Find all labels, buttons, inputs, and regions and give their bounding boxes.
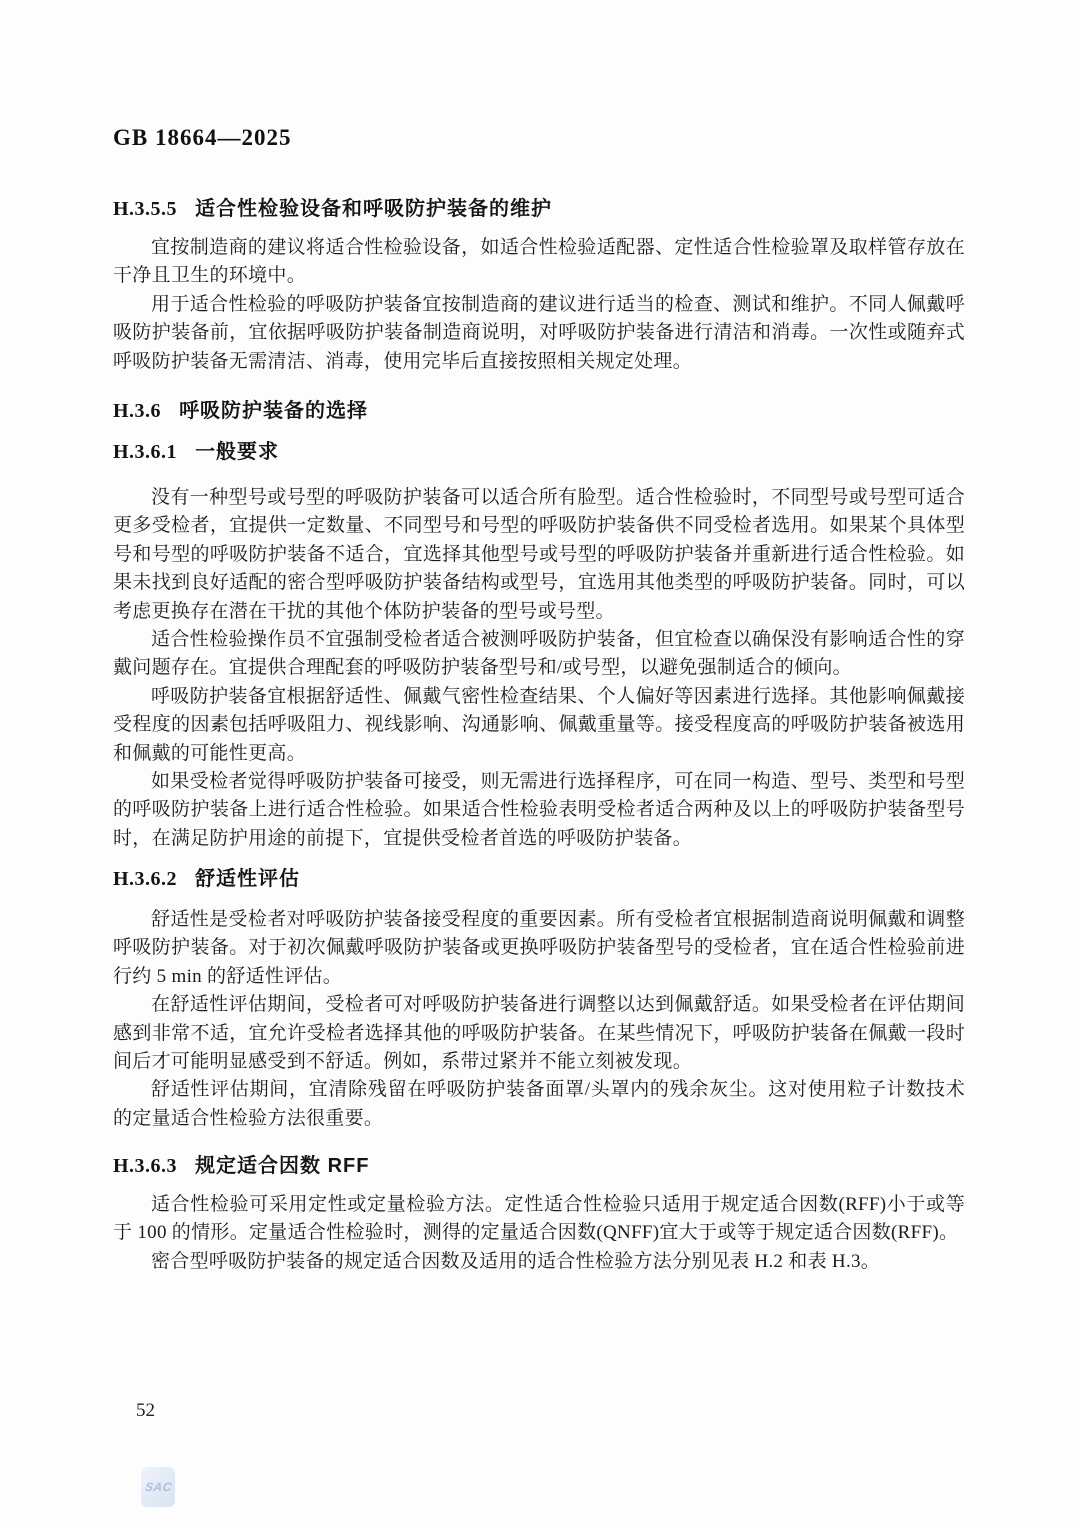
paragraph: 密合型呼吸防护装备的规定适合因数及适用的适合性检验方法分别见表 H.2 和表 H… — [113, 1248, 965, 1276]
paragraph: 舒适性评估期间，宜清除残留在呼吸防护装备面罩/头罩内的残余灰尘。这对使用粒子计数… — [113, 1076, 965, 1133]
section-h362-body: 舒适性是受检者对呼吸防护装备接受程度的重要因素。所有受检者宜根据制造商说明佩戴和… — [113, 906, 965, 1133]
section-h361-body: 没有一种型号或号型的呼吸防护装备可以适合所有脸型。适合性检验时，不同型号或号型可… — [113, 484, 965, 853]
paragraph: 呼吸防护装备宜根据舒适性、佩戴气密性检查结果、个人偏好等因素进行选择。其他影响佩… — [113, 683, 965, 768]
paragraph: 在舒适性评估期间，受检者可对呼吸防护装备进行调整以达到佩戴舒适。如果受检者在评估… — [113, 991, 965, 1076]
section-number: H.3.6.1 — [113, 441, 177, 463]
section-h355-body: 宜按制造商的建议将适合性检验设备，如适合性检验适配器、定性适合性检验罩及取样管存… — [113, 234, 965, 376]
paragraph: 宜按制造商的建议将适合性检验设备，如适合性检验适配器、定性适合性检验罩及取样管存… — [113, 234, 965, 291]
section-heading-h355: H.3.5.5适合性检验设备和呼吸防护装备的维护 — [113, 192, 965, 221]
section-number: H.3.5.5 — [113, 198, 177, 220]
section-number: H.3.6.2 — [113, 868, 177, 890]
standard-number: GB 18664—2025 — [113, 125, 291, 151]
sac-watermark-logo: SAC — [141, 1467, 175, 1507]
section-title: 舒适性评估 — [195, 868, 300, 890]
section-heading-h363: H.3.6.3规定适合因数 RFF — [113, 1149, 965, 1178]
section-heading-h361: H.3.6.1一般要求 — [113, 435, 965, 464]
section-title: 一般要求 — [195, 441, 279, 463]
paragraph: 适合性检验操作员不宜强制受检者适合被测呼吸防护装备，但宜检查以确保没有影响适合性… — [113, 626, 965, 683]
paragraph: 适合性检验可采用定性或定量检验方法。定性适合性检验只适用于规定适合因数(RFF)… — [113, 1191, 965, 1248]
section-number: H.3.6 — [113, 400, 161, 422]
sac-logo-text: SAC — [144, 1480, 173, 1494]
section-title: 规定适合因数 RFF — [195, 1155, 369, 1177]
section-heading-h362: H.3.6.2舒适性评估 — [113, 862, 965, 891]
section-title: 呼吸防护装备的选择 — [179, 400, 368, 422]
section-number: H.3.6.3 — [113, 1155, 177, 1177]
section-heading-h36: H.3.6呼吸防护装备的选择 — [113, 394, 965, 423]
paragraph: 舒适性是受检者对呼吸防护装备接受程度的重要因素。所有受检者宜根据制造商说明佩戴和… — [113, 906, 965, 991]
paragraph: 用于适合性检验的呼吸防护装备宜按制造商的建议进行适当的检查、测试和维护。不同人佩… — [113, 291, 965, 376]
page-number: 52 — [136, 1400, 155, 1422]
section-h363-body: 适合性检验可采用定性或定量检验方法。定性适合性检验只适用于规定适合因数(RFF)… — [113, 1191, 965, 1276]
document-page: GB 18664—2025 H.3.5.5适合性检验设备和呼吸防护装备的维护 宜… — [0, 0, 1080, 1528]
paragraph: 如果受检者觉得呼吸防护装备可接受，则无需进行选择程序，可在同一构造、型号、类型和… — [113, 768, 965, 853]
section-title: 适合性检验设备和呼吸防护装备的维护 — [195, 198, 552, 220]
paragraph: 没有一种型号或号型的呼吸防护装备可以适合所有脸型。适合性检验时，不同型号或号型可… — [113, 484, 965, 626]
